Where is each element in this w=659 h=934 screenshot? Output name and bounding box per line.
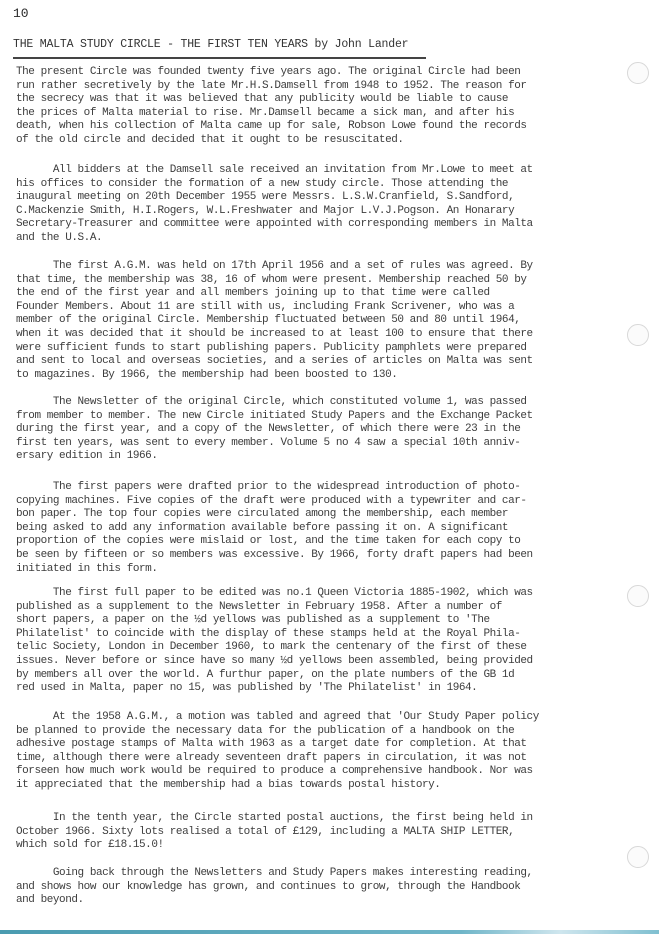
punch-hole-icon xyxy=(627,585,649,607)
paragraph-1958-agm: At the 1958 A.G.M., a motion was tabled … xyxy=(16,711,606,793)
paragraph-first-agm: The first A.G.M. was held on 17th April … xyxy=(16,260,606,382)
page-number: 10 xyxy=(13,6,29,21)
article-title: THE MALTA STUDY CIRCLE - THE FIRST TEN Y… xyxy=(13,38,408,51)
title-underline xyxy=(13,57,426,59)
punch-hole-icon xyxy=(627,62,649,84)
document-page: 10 THE MALTA STUDY CIRCLE - THE FIRST TE… xyxy=(0,0,659,934)
punch-hole-icon xyxy=(627,324,649,346)
paragraph-newsletter: The Newsletter of the original Circle, w… xyxy=(16,396,606,464)
punch-hole-icon xyxy=(627,846,649,868)
paragraph-closing: Going back through the Newsletters and S… xyxy=(16,867,606,908)
paragraph-first-full-paper: The first full paper to be edited was no… xyxy=(16,587,606,696)
bottom-edge-bar xyxy=(0,930,659,934)
paragraph-inaugural-meeting: All bidders at the Damsell sale received… xyxy=(16,164,606,246)
paragraph-first-papers: The first papers were drafted prior to t… xyxy=(16,481,606,576)
paragraph-postal-auctions: In the tenth year, the Circle started po… xyxy=(16,812,606,853)
paragraph-founding: The present Circle was founded twenty fi… xyxy=(16,66,606,148)
